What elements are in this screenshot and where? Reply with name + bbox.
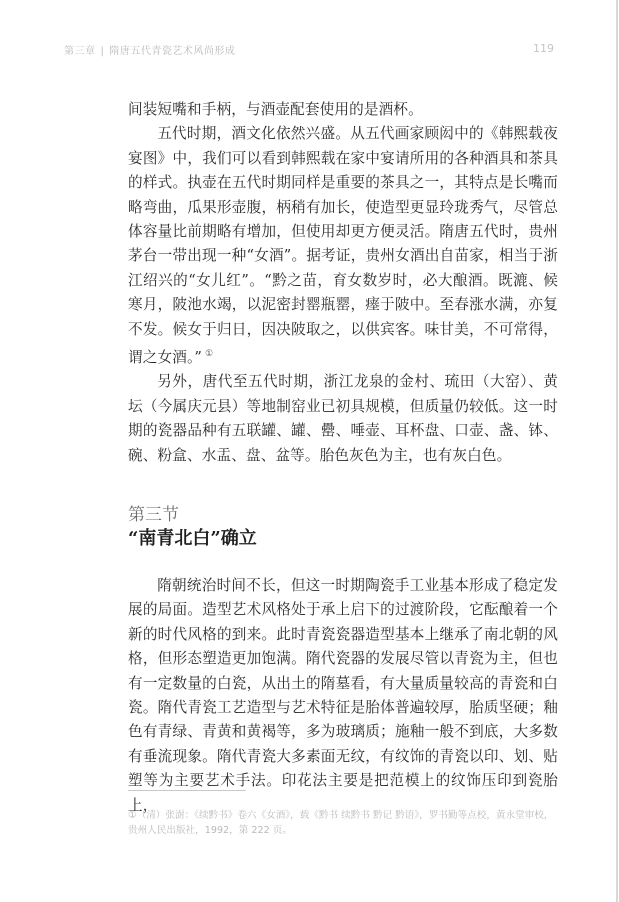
paragraph: 间装短嘴和手柄，与酒壶配套使用的是酒杯。: [128, 98, 558, 122]
running-header: 第三章|隋唐五代青瓷艺术风尚形成: [64, 42, 534, 58]
footnote: ①（清）张澍：《续黔书》卷六《女酒》，载《黔书 续黔书 黔记 黔语》，罗书勤等点…: [128, 808, 558, 838]
page-number: 119: [533, 42, 554, 55]
chapter-number: 第三章: [64, 46, 96, 57]
section-label: 第三节: [128, 500, 179, 525]
footnote-divider: [128, 790, 246, 791]
chapter-title: 隋唐五代青瓷艺术风尚形成: [109, 46, 235, 57]
page-edge-line: [616, 0, 618, 902]
top-body-text: 间装短嘴和手柄，与酒壶配套使用的是酒杯。 五代时期，酒文化依然兴盛。从五代画家顾…: [128, 98, 558, 468]
header-separator: |: [101, 46, 105, 57]
section-body-text: 隋朝统治时间不长，但这一时期陶瓷手工业基本形成了稳定发展的局面。造型艺术风格处于…: [128, 574, 558, 818]
paragraph: 隋朝统治时间不长，但这一时期陶瓷手工业基本形成了稳定发展的局面。造型艺术风格处于…: [128, 574, 558, 818]
section-title: “南青北白”确立: [128, 524, 257, 550]
footnote-reference[interactable]: ①: [205, 349, 213, 359]
paragraph: 另外，唐代至五代时期，浙江龙泉的金村、琉田（大窑）、黄坛（今属庆元县）等地制窑业…: [128, 370, 558, 468]
paragraph: 五代时期，酒文化依然兴盛。从五代画家顾闳中的《韩熙载夜宴图》中，我们可以看到韩熙…: [128, 122, 558, 370]
paragraph-text: 五代时期，酒文化依然兴盛。从五代画家顾闳中的《韩熙载夜宴图》中，我们可以看到韩熙…: [128, 125, 558, 366]
